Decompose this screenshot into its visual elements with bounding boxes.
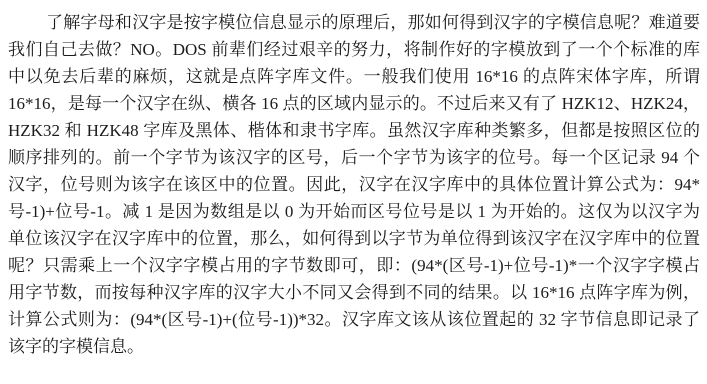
text-line: 顺序排列的。前一个字节为该汉字的区号，后一个字节为该字的位号。每一个区记录 94… [8, 144, 700, 171]
text-line: 16*16，是每一个汉字在纵、横各 16 点的区域内显示的。不过后来又有了 HZ… [8, 90, 700, 117]
text-line: 呢？只需乘上一个汉字字模占用的字节数即可，即：(94*(区号-1)+位号-1)*… [8, 252, 700, 279]
text-line: 该字的字模信息。 [8, 333, 700, 360]
document-page: 了解字母和汉字是按字模位信息显示的原理后，那如何得到汉字的字模信息呢？难道要 我… [8, 9, 700, 360]
text-line: 号-1)+位号-1。减 1 是因为数组是以 0 为开始而区号位号是以 1 为开始… [8, 198, 700, 225]
text-line: 中以免去后辈的麻烦，这就是点阵字库文件。一般我们使用 16*16 的点阵宋体字库… [8, 63, 700, 90]
text-line: 用字节数，而按每种汉字库的汉字大小不同又会得到不同的结果。以 16*16 点阵字… [8, 279, 700, 306]
text-line: 计算公式则为：(94*(区号-1)+(位号-1))*32。汉字库文该从该位置起的… [8, 306, 700, 333]
text-line: 了解字母和汉字是按字模位信息显示的原理后，那如何得到汉字的字模信息呢？难道要 [8, 9, 700, 36]
text-line: 汉字，位号则为该字在该区中的位置。因此，汉字在汉字库中的具体位置计算公式为：94… [8, 171, 700, 198]
text-line: 我们自己去做？NO。DOS 前辈们经过艰辛的努力，将制作好的字模放到了一个个标准… [8, 36, 700, 63]
text-line: HZK32 和 HZK48 字库及黑体、楷体和隶书字库。虽然汉字库种类繁多，但都… [8, 117, 700, 144]
text-line: 单位该汉字在汉字库中的位置，那么，如何得到以字节为单位得到该汉字在汉字库中的位置 [8, 225, 700, 252]
